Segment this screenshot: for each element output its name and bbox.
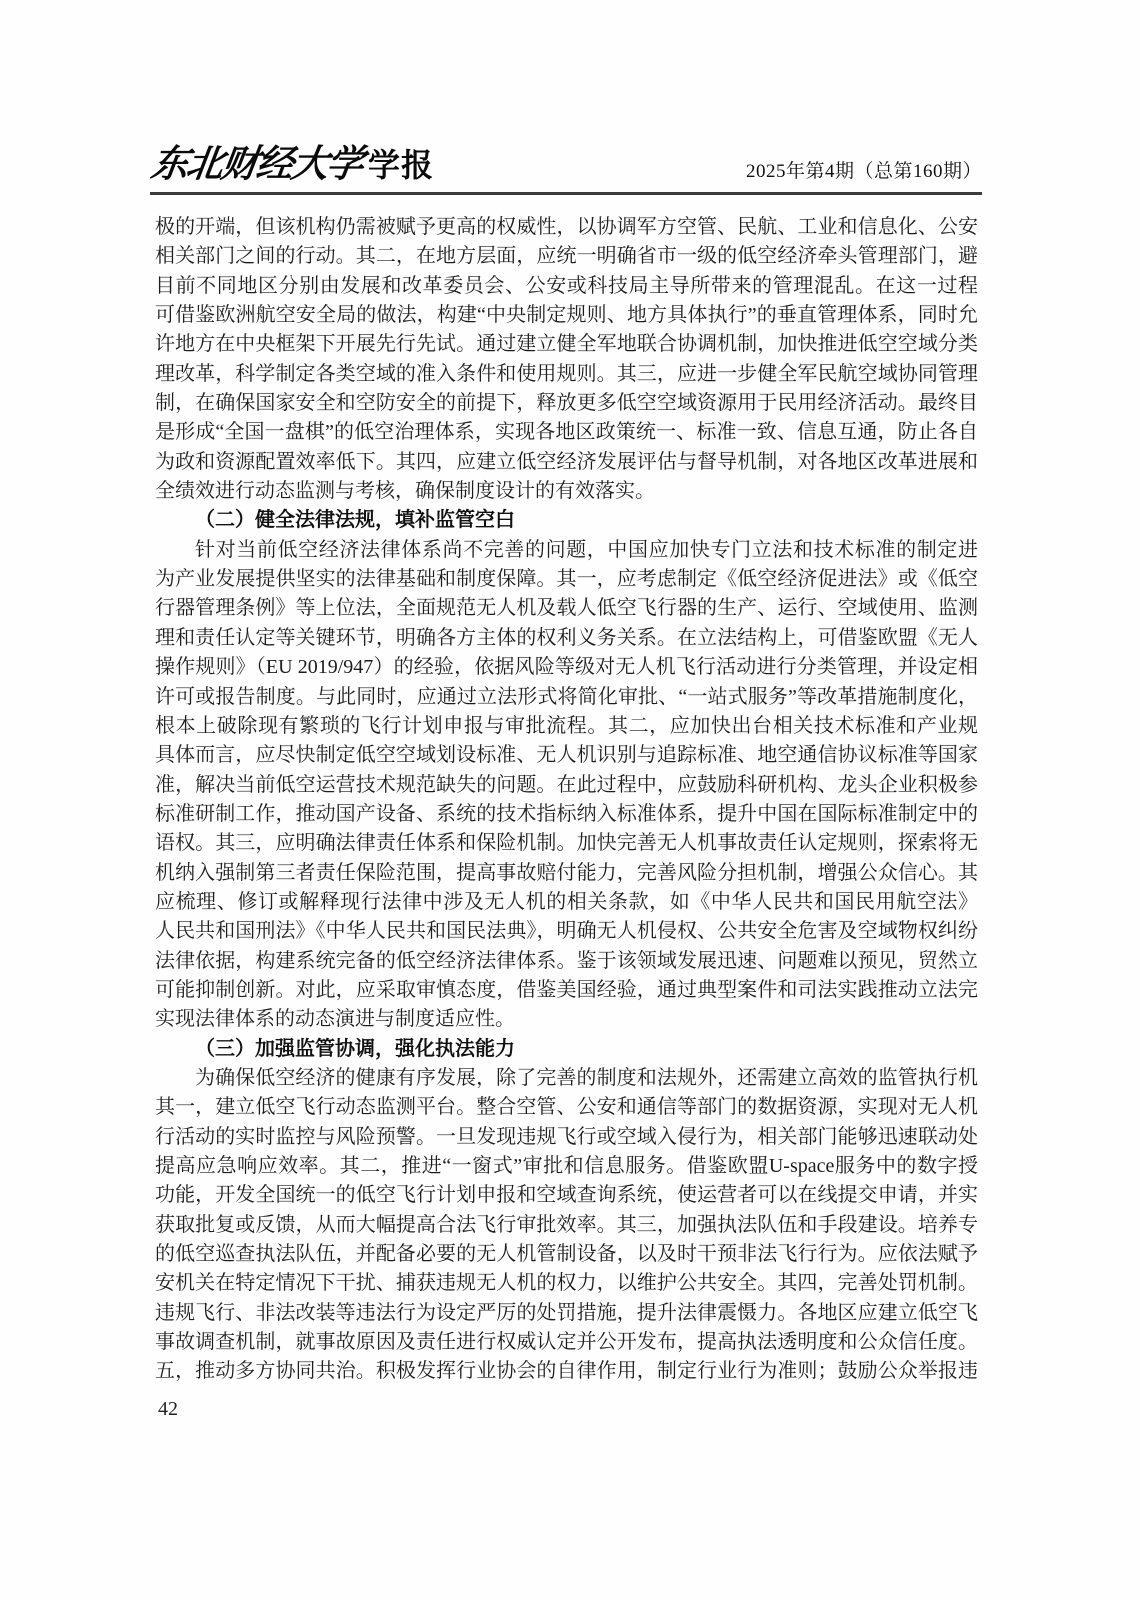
section-heading: （三）加强监管协调，强化执法能力 (155, 1035, 978, 1064)
text-line: 行器管理条例》等上位法，全面规范无人机及载人低空飞行器的生产、运行、空域使用、监… (155, 594, 978, 623)
text-line: 可借鉴欧洲航空安全局的做法，构建“中央制定规则、地方具体执行”的垂直管理体系，同… (155, 301, 978, 330)
text-line: 为政和资源配置效率低下。其四，应建立低空经济发展评估与督导机制，对各地区改革进展… (155, 448, 978, 477)
text-line: 理改革，科学制定各类空域的准入条件和使用规则。其三，应进一步健全军民航空域协同管… (155, 360, 978, 389)
text-line: 理和责任认定等关键环节，明确各方主体的权利义务关系。在立法结构上，可借鉴欧盟《无… (155, 624, 978, 653)
issue-info: 2025年第4期（总第160期） (746, 156, 982, 183)
text-line: 根本上破除现有繁琐的飞行计划申报与审批流程。其二，应加快出台相关技术标准和产业规… (155, 712, 978, 741)
text-line: 为产业发展提供坚实的法律基础和制度保障。其一，应考虑制定《低空经济促进法》或《低… (155, 565, 978, 594)
text-line: 制，在确保国家安全和空防安全的前提下，释放更多低空空域资源用于民用经济活动。最终… (155, 389, 978, 418)
text-line: 安机关在特定情况下干扰、捕获违规无人机的权力，以维护公共安全。其四，完善处罚机制… (155, 1269, 978, 1298)
text-line: 操作规则》（EU 2019/947）的经验，依据风险等级对无人机飞行活动进行分类… (155, 653, 978, 682)
text-line: 法律依据，构建系统完备的低空经济法律体系。鉴于该领域发展迅速、问题难以预见，贸然… (155, 947, 978, 976)
text-line: 机纳入强制第三者责任保险范围，提高事故赔付能力，完善风险分担机制，增强公众信心。… (155, 859, 978, 888)
text-line: 获取批复或反馈，从而大幅提高合法飞行审批效率。其三，加强执法队伍和手段建设。培养… (155, 1211, 978, 1240)
text-line: 行活动的实时监控与风险预警。一旦发现违规飞行或空域入侵行为，相关部门能够迅速联动… (155, 1123, 978, 1152)
text-line: 实现法律体系的动态演进与制度适应性。 (155, 1005, 978, 1034)
text-line: 全绩效进行动态监测与考核，确保制度设计的有效落实。 (155, 477, 978, 506)
text-line: 相关部门之间的行动。其二，在地方层面，应统一明确省市一级的低空经济牵头管理部门，… (155, 242, 978, 271)
text-line: 的低空巡查执法队伍，并配备必要的无人机管制设备，以及时干预非法飞行行为。应依法赋… (155, 1240, 978, 1269)
text-line: 标准研制工作，推动国产设备、系统的技术指标纳入标准体系，提升中国在国际标准制定中… (155, 800, 978, 829)
journal-logo-calligraphy: 东北财经大学 (148, 132, 366, 187)
journal-logo-suffix: 学报 (368, 140, 434, 186)
page-number: 42 (158, 1398, 178, 1421)
text-line: 是形成“全国一盘棋”的低空治理体系，实现各地区政策统一、标准一致、信息互通，防止… (155, 418, 978, 447)
text-line: 具体而言，应尽快制定低空空域划设标准、无人机识别与追踪标准、地空通信协议标准等国… (155, 741, 978, 770)
text-line: 其一，建立低空飞行动态监测平台。整合空管、公安和通信等部门的数据资源，实现对无人… (155, 1093, 978, 1122)
text-line: 语权。其三，应明确法律责任体系和保险机制。加快完善无人机事故责任认定规则，探索将… (155, 829, 978, 858)
journal-page: 东北财经大学学报 2025年第4期（总第160期） 极的开端，但该机构仍需被赋予… (0, 0, 1140, 1600)
text-line: 应梳理、修订或解释现行法律中涉及无人机的相关条款，如《中华人民共和国民用航空法》… (155, 888, 978, 917)
text-line: 许可或报告制度。与此同时，应通过立法形式将简化审批、“一站式服务”等改革措施制度… (155, 683, 978, 712)
journal-logo: 东北财经大学学报 (152, 133, 434, 187)
text-line: 针对当前低空经济法律体系尚不完善的问题，中国应加快专门立法和技术标准的制定进程， (155, 536, 978, 565)
text-line: 可能抑制创新。对此，应采取审慎态度，借鉴美国经验，通过典型案件和司法实践推动立法… (155, 976, 978, 1005)
text-line: 五，推动多方协同共治。积极发挥行业协会的自律作用，制定行业行为准则；鼓励公众举报… (155, 1357, 978, 1386)
article-body: 极的开端，但该机构仍需被赋予更高的权威性，以协调军方空管、民航、工业和信息化、公… (155, 213, 978, 1387)
text-line: 目前不同地区分别由发展和改革委员会、公安或科技局主导所带来的管理混乱。在这一过程… (155, 272, 978, 301)
text-line: 准，解决当前低空运营技术规范缺失的问题。在此过程中，应鼓励科研机构、龙头企业积极… (155, 771, 978, 800)
text-line: 为确保低空经济的健康有序发展，除了完善的制度和法规外，还需建立高效的监管执行机制… (155, 1064, 978, 1093)
text-line: 极的开端，但该机构仍需被赋予更高的权威性，以协调军方空管、民航、工业和信息化、公… (155, 213, 978, 242)
page-header: 东北财经大学学报 2025年第4期（总第160期） (150, 136, 982, 195)
text-line: 许地方在中央框架下开展先行先试。通过建立健全军地联合协调机制，加快推进低空空域分… (155, 330, 978, 359)
text-line: 事故调查机制，就事故原因及责任进行权威认定并公开发布，提高执法透明度和公众信任度… (155, 1328, 978, 1357)
text-line: 提高应急响应效率。其二，推进“一窗式”审批和信息服务。借鉴欧盟U-space服务… (155, 1152, 978, 1181)
text-line: 人民共和国刑法》《中华人民共和国民法典》，明确无人机侵权、公共安全危害及空域物权… (155, 917, 978, 946)
text-line: 功能，开发全国统一的低空飞行计划申报和空域查询系统，使运营者可以在线提交申请，并… (155, 1181, 978, 1210)
text-line: 违规飞行、非法改装等违法行为设定严厉的处罚措施，提升法律震慑力。各地区应建立低空… (155, 1299, 978, 1328)
section-heading: （二）健全法律法规，填补监管空白 (155, 506, 978, 535)
